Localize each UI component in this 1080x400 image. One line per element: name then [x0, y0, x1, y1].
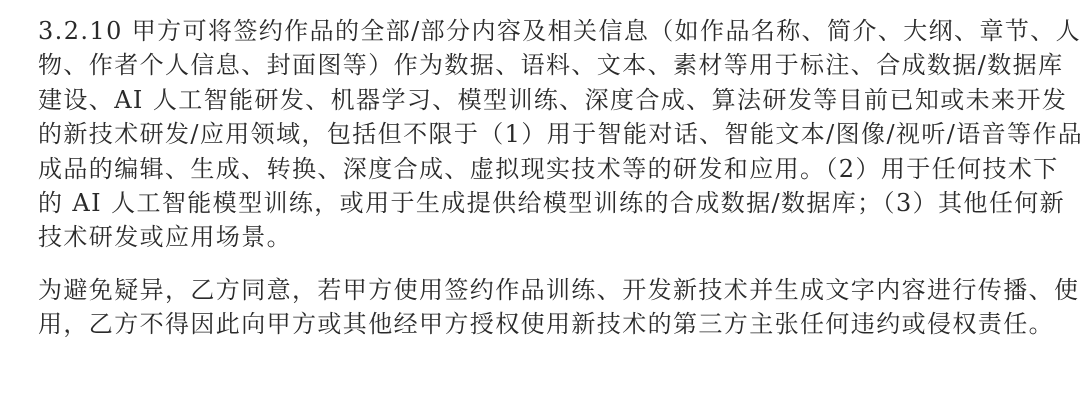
- contract-clause: 3.2.10 甲方可将签约作品的全部/部分内容及相关信息（如作品名称、简介、大纲…: [38, 14, 1058, 342]
- paragraph-spacer: [38, 255, 1058, 273]
- text-line: 的新技术研发/应用领域，包括但不限于（1）用于智能对话、智能文本/图像/视听/语…: [38, 117, 1058, 151]
- text-line: 用，乙方不得因此向甲方或其他经甲方授权使用新技术的第三方主张任何违约或侵权责任。: [38, 307, 1058, 341]
- clause-paragraph-waiver: 为避免疑异，乙方同意，若甲方使用签约作品训练、开发新技术并生成文字内容进行传播、…: [38, 273, 1058, 342]
- text-line: 技术研发或应用场景。: [38, 220, 1058, 254]
- text-line: 3.2.10 甲方可将签约作品的全部/部分内容及相关信息（如作品名称、简介、大纲…: [38, 14, 1058, 48]
- clause-paragraph-ai-usage: 3.2.10 甲方可将签约作品的全部/部分内容及相关信息（如作品名称、简介、大纲…: [38, 14, 1058, 255]
- text-line: 的 AI 人工智能模型训练，或用于生成提供给模型训练的合成数据/数据库；（3）其…: [38, 186, 1058, 220]
- text-line: 建设、AI 人工智能研发、机器学习、模型训练、深度合成、算法研发等目前已知或未来…: [38, 83, 1058, 117]
- text-line: 为避免疑异，乙方同意，若甲方使用签约作品训练、开发新技术并生成文字内容进行传播、…: [38, 273, 1058, 307]
- text-line: 物、作者个人信息、封面图等）作为数据、语料、文本、素材等用于标注、合成数据/数据…: [38, 48, 1058, 82]
- text-line: 成品的编辑、生成、转换、深度合成、虚拟现实技术等的研发和应用。（2）用于任何技术…: [38, 152, 1058, 186]
